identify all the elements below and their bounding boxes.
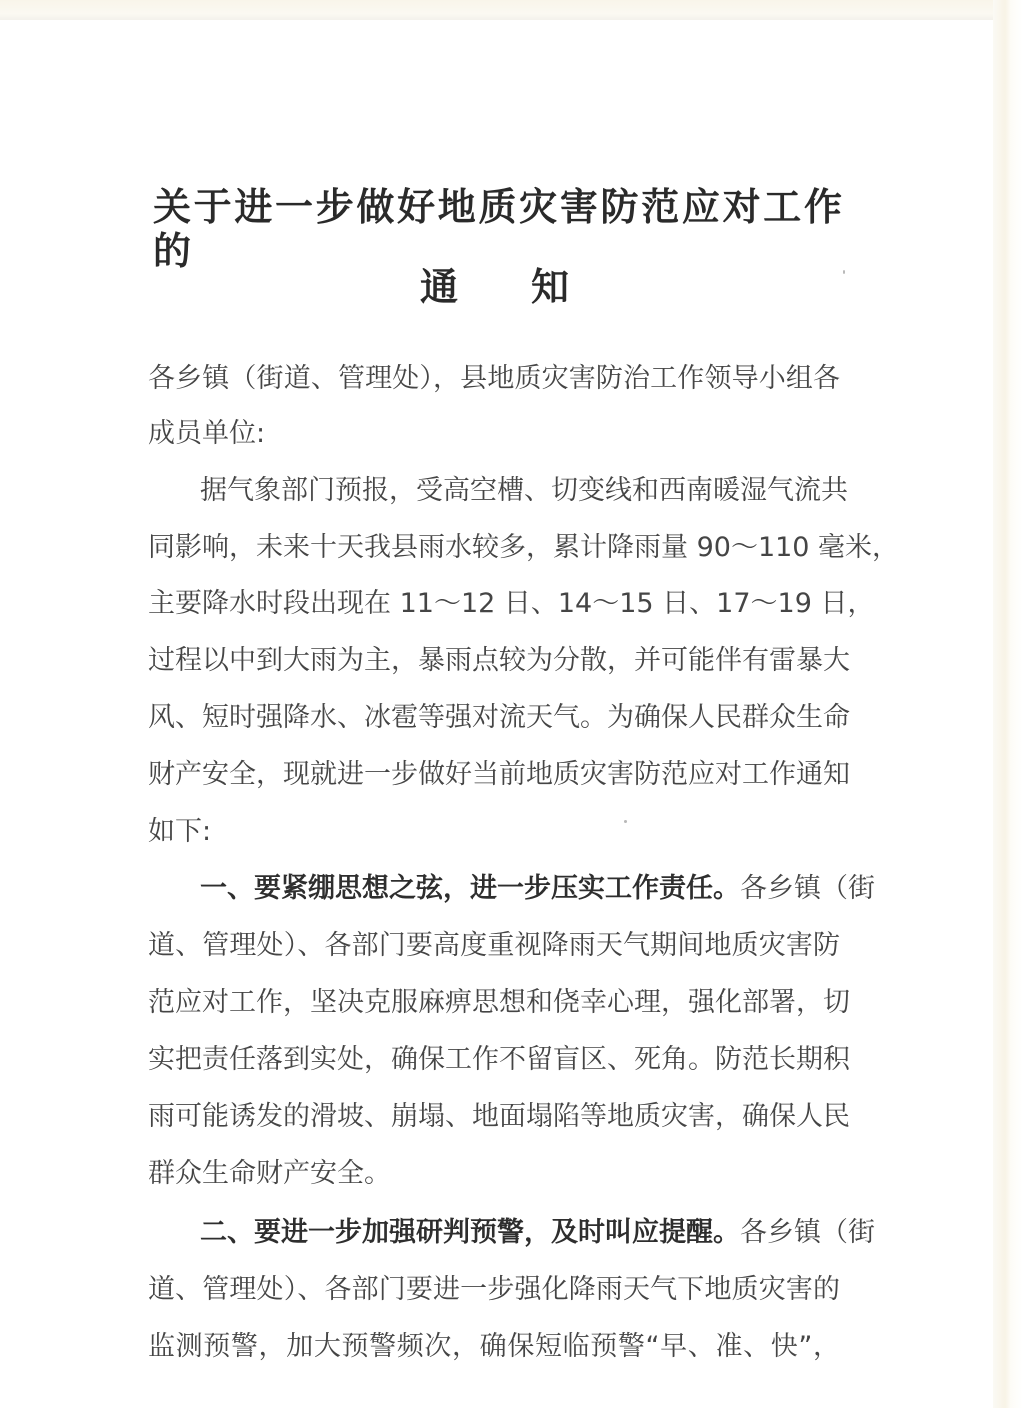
section2-line-1: 道、管理处）、各部门要进一步强化降雨天气下地质灾害的 xyxy=(148,1273,840,1307)
scan-speck xyxy=(843,270,845,274)
section1-line-2: 范应对工作，坚决克服麻痹思想和侥幸心理，强化部署，切 xyxy=(148,986,840,1020)
intro-line-6: 财产安全，现就进一步做好当前地质灾害防范应对工作通知 xyxy=(148,758,840,792)
intro-line-7: 如下: xyxy=(148,815,211,849)
scan-top-border xyxy=(0,0,1023,20)
section1-heading-tail: 各乡镇（街 xyxy=(740,873,875,904)
section2-heading-line: 二、要进一步加强研判预警，及时叫应提醒。各乡镇（街 xyxy=(200,1216,840,1250)
scan-speck xyxy=(624,820,627,823)
section1-line-5: 群众生命财产安全。 xyxy=(148,1157,391,1191)
intro-line-2: 同影响，未来十天我县雨水较多，累计降雨量 90～110 毫米， xyxy=(148,531,840,565)
section2-heading-tail: 各乡镇（街 xyxy=(740,1217,875,1248)
intro-line-1: 据气象部门预报，受高空槽、切变线和西南暖湿气流共 xyxy=(200,474,840,508)
intro-line-5: 风、短时强降水、冰雹等强对流天气。为确保人民群众生命 xyxy=(148,701,840,735)
section1-line-1: 道、管理处）、各部门要高度重视降雨天气期间地质灾害防 xyxy=(148,929,840,963)
section1-line-3: 实把责任落到实处，确保工作不留盲区、死角。防范长期积 xyxy=(148,1043,840,1077)
section2-heading: 二、要进一步加强研判预警，及时叫应提醒。 xyxy=(200,1217,740,1248)
intro-line-4: 过程以中到大雨为主，暴雨点较为分散，并可能伴有雷暴大 xyxy=(148,644,840,678)
salutation-line-1: 各乡镇（街道、管理处），县地质灾害防治工作领导小组各 xyxy=(148,362,840,396)
document-title-line-1: 关于进一步做好地质灾害防范应对工作的 xyxy=(153,185,843,273)
section1-heading: 一、要紧绷思想之弦，进一步压实工作责任。 xyxy=(200,873,740,904)
section1-line-4: 雨可能诱发的滑坡、崩塌、地面塌陷等地质灾害，确保人民 xyxy=(148,1100,840,1134)
document-page: 关于进一步做好地质灾害防范应对工作的 通知 各乡镇（街道、管理处），县地质灾害防… xyxy=(0,20,993,1408)
intro-line-3: 主要降水时段出现在 11～12 日、14～15 日、17～19 日， xyxy=(148,587,840,621)
section2-line-2: 监测预警，加大预警频次，确保短临预警“早、准、快”， xyxy=(148,1330,840,1364)
salutation-line-2: 成员单位: xyxy=(148,417,265,451)
section1-heading-line: 一、要紧绷思想之弦，进一步压实工作责任。各乡镇（街 xyxy=(200,872,840,906)
document-title-line-2: 通知 xyxy=(420,265,570,309)
scan-right-border xyxy=(993,0,1023,1408)
